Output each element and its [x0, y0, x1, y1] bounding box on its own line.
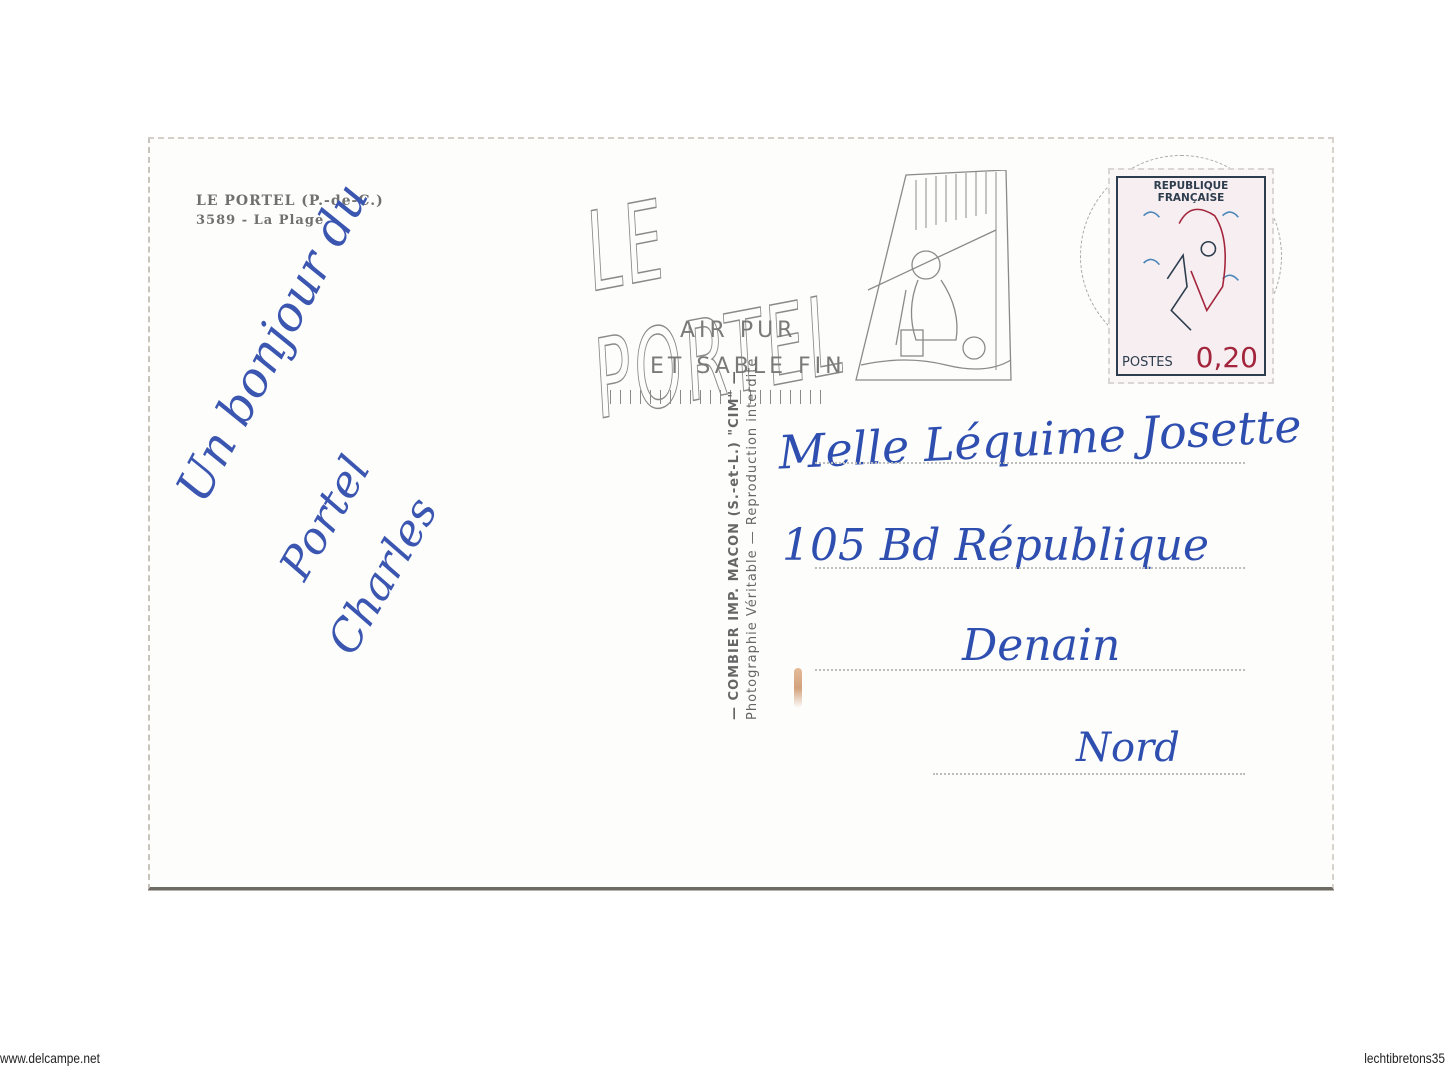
flame-slogan-1: AIR PUR: [680, 318, 796, 343]
footer-site[interactable]: www.delcampe.net: [0, 1050, 100, 1066]
stamp-label: POSTES: [1122, 355, 1173, 370]
printer-name: — COMBIER IMP. MACON (S.-et-L.) "CIM" —: [726, 358, 744, 720]
flame-ticks: [610, 390, 830, 404]
printer-notice: Photographie Véritable — Reproduction in…: [744, 358, 762, 720]
stamp-value: 0,20: [1196, 341, 1258, 374]
address-line-1: [815, 462, 1245, 464]
address-city: Denain: [962, 620, 1120, 671]
beach-child-illustration-icon: [846, 170, 1016, 385]
address-line-2: [815, 567, 1245, 569]
address-line-3: [815, 669, 1245, 671]
card-stain: [794, 668, 802, 708]
address-line-4: [933, 773, 1245, 775]
marianne-portrait-icon: [1118, 192, 1264, 342]
address-region: Nord: [1076, 725, 1180, 771]
footer-seller[interactable]: lechtibretons35: [1364, 1050, 1445, 1066]
printer-imprint: — COMBIER IMP. MACON (S.-et-L.) "CIM" — …: [726, 358, 762, 720]
postage-stamp: REPUBLIQUE FRANÇAISE POSTES 0,20: [1108, 168, 1274, 384]
address-street: 105 Bd République: [782, 520, 1209, 571]
